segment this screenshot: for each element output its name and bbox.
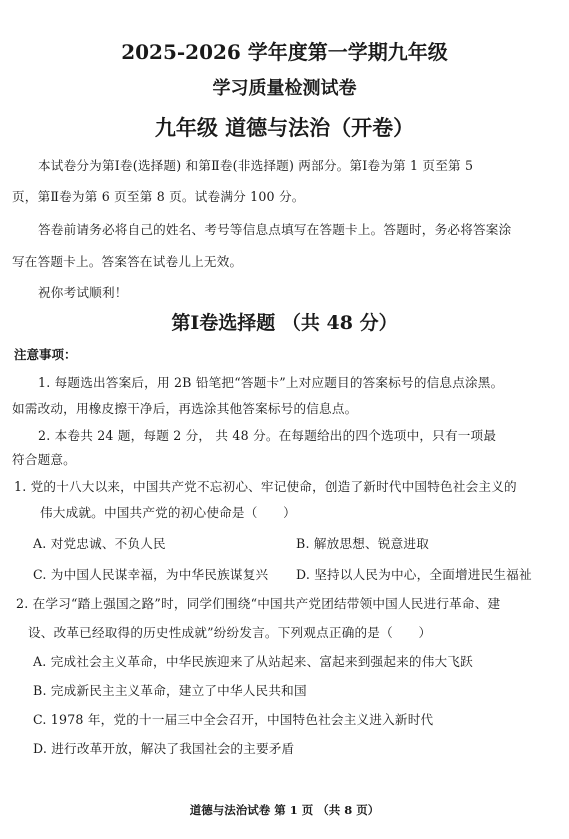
note2-line2: 符合题意。	[12, 449, 76, 468]
note1-line1: 1. 每题选出答案后，用 2B 铅笔把“答题卡”上对应题目的答案标号的信息点涂黑…	[38, 372, 503, 391]
page-footer: 道德与法治试卷 第 1 页 （共 8 页）	[0, 802, 569, 818]
option-d: D. 坚持以人民为中心，全面增进民生福祉	[296, 564, 532, 583]
exam-subject-title: 九年级 道德与法治（开卷）	[0, 112, 569, 142]
option-c: C. 1978 年，党的十一届三中全会召开，中国特色社会主义进入新时代	[33, 709, 433, 728]
good-luck-text: 祝你考试顺利！	[38, 282, 128, 301]
note2-line1: 2. 本卷共 24 题，每题 2 分， 共 48 分。在每题给出的四个选项中，只…	[38, 425, 496, 444]
option-c: C. 为中国人民谋幸福，为中华民族谋复兴	[33, 564, 268, 583]
option-b: B. 解放思想、锐意进取	[296, 533, 429, 552]
option-b: B. 完成新民主主义革命，建立了中华人民共和国	[33, 680, 307, 699]
intro-para1-line2: 页，第Ⅱ卷为第 6 页至第 8 页。试卷满分 100 分。	[12, 186, 305, 205]
option-d: D. 进行改革开放，解决了我国社会的主要矛盾	[33, 738, 294, 757]
note1-line2: 如需改动，用橡皮擦干净后，再选涂其他答案标号的信息点。	[12, 398, 357, 417]
exam-title-name: 学习质量检测试卷	[0, 74, 569, 100]
question-stem: 1. 党的十八大以来，中国共产党不忘初心、牢记使命，创造了新时代中国特色社会主义…	[14, 476, 517, 495]
section-title: 第Ⅰ卷选择题 （共 48 分）	[0, 308, 569, 335]
intro-para2-line2: 写在答题卡上。答案答在试卷儿上无效。	[12, 251, 242, 270]
question-stem: 2. 在学习“踏上强国之路”时，同学们围绕“中国共产党团结带领中国人民进行革命、…	[16, 593, 500, 612]
question-stem: 伟大成就。中国共产党的初心使命是（ ）	[40, 502, 296, 521]
option-a: A. 完成社会主义革命，中华民族迎来了从站起来、富起来到强起来的伟大飞跃	[33, 651, 473, 670]
option-a: A. 对党忠诚、不负人民	[33, 533, 166, 552]
notes-heading: 注意事项：	[14, 345, 77, 363]
intro-para1-line1: 本试卷分为第Ⅰ卷(选择题) 和第Ⅱ卷(非选择题) 两部分。第Ⅰ卷为第 1 页至第…	[38, 155, 473, 174]
exam-title-year: 2025-2026 学年度第一学期九年级	[0, 36, 569, 65]
question-stem: 设、改革已经取得的历史性成就”纷纷发言。下列观点正确的是（ ）	[28, 622, 431, 641]
intro-para2-line1: 答卷前请务必将自己的姓名、考号等信息点填写在答题卡上。答题时，务必将答案涂	[38, 219, 511, 238]
